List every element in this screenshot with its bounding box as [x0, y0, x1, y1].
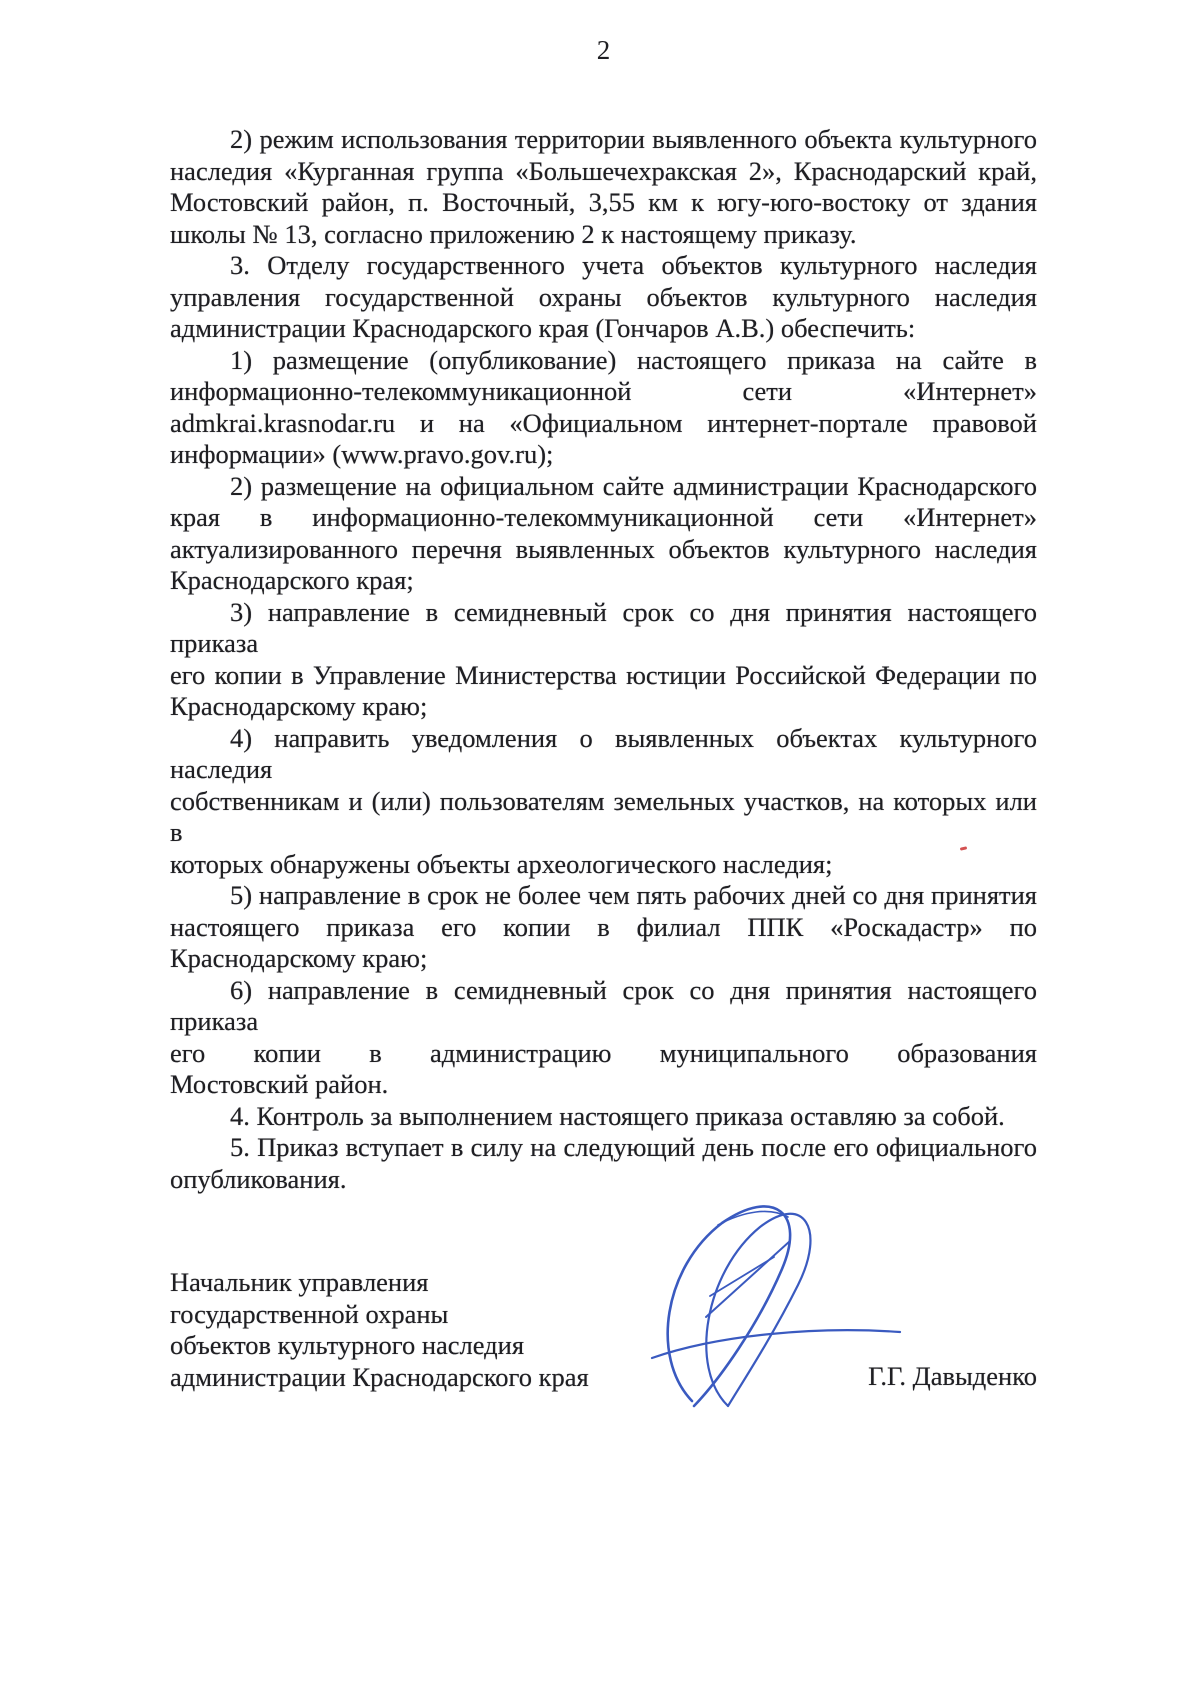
signatory-name: Г.Г. Давыденко — [868, 1361, 1037, 1393]
paragraph-line: информации» (www.pravo.gov.ru); — [170, 439, 1037, 471]
signature-block: Начальник управлениягосударственной охра… — [170, 1267, 1037, 1393]
document-body: 2) режим использования территории выявле… — [170, 124, 1037, 1195]
paragraph: 2) режим использования территории выявле… — [170, 124, 1037, 250]
paragraph: 6) направление в семидневный срок со дня… — [170, 975, 1037, 1101]
paragraph-line: школы № 13, согласно приложению 2 к наст… — [170, 219, 1037, 251]
paragraph-line: Краснодарскому краю; — [170, 943, 1037, 975]
signatory-position-line: объектов культурного наследия — [170, 1330, 1037, 1362]
document-page: 2 2) режим использования территории выяв… — [0, 0, 1200, 1697]
paragraph-line: 3) направление в семидневный срок со дня… — [170, 597, 1037, 660]
paragraph: 4. Контроль за выполнением настоящего пр… — [170, 1101, 1037, 1133]
paragraph-line: 4) направить уведомления о выявленных об… — [170, 723, 1037, 786]
paragraph-line: Мостовский район. — [170, 1069, 1037, 1101]
paragraph-line: Мостовский район, п. Восточный, 3,55 км … — [170, 187, 1037, 219]
paragraph-line: наследия «Курганная группа «Большечехрак… — [170, 156, 1037, 188]
paragraph: 2) размещение на официальном сайте админ… — [170, 471, 1037, 597]
signatory-position-line: Начальник управления — [170, 1267, 1037, 1299]
paragraph-line: собственникам и (или) пользователям земе… — [170, 786, 1037, 849]
paragraph: 5) направление в срок не более чем пять … — [170, 880, 1037, 975]
paragraph-line: настоящего приказа его копии в филиал ПП… — [170, 912, 1037, 944]
paragraph-line: 3. Отделу государственного учета объекто… — [170, 250, 1037, 282]
paragraph-line: информационно-телекоммуникационной сети … — [170, 376, 1037, 408]
paragraph: 3) направление в семидневный срок со дня… — [170, 597, 1037, 723]
paragraph-line: опубликования. — [170, 1164, 1037, 1196]
paragraph-line: его копии в Управление Министерства юсти… — [170, 660, 1037, 692]
paragraph: 4) направить уведомления о выявленных об… — [170, 723, 1037, 881]
paragraph-line: края в информационно-телекоммуникационно… — [170, 502, 1037, 534]
paragraph: 1) размещение (опубликование) настоящего… — [170, 345, 1037, 471]
paragraph-line: актуализированного перечня выявленных об… — [170, 534, 1037, 566]
paragraph-line: которых обнаружены объекты археологическ… — [170, 849, 1037, 881]
paragraph-line: его копии в администрацию муниципального… — [170, 1038, 1037, 1070]
paragraph: 5. Приказ вступает в силу на следующий д… — [170, 1132, 1037, 1195]
paragraph-line: администрации Краснодарского края (Гонча… — [170, 313, 1037, 345]
paragraph-line: admkrai.krasnodar.ru и на «Официальном и… — [170, 408, 1037, 440]
paragraph-line: 2) режим использования территории выявле… — [170, 124, 1037, 156]
paragraph-line: Краснодарского края; — [170, 565, 1037, 597]
paragraph-line: 2) размещение на официальном сайте админ… — [170, 471, 1037, 503]
paragraph-line: 5) направление в срок не более чем пять … — [170, 880, 1037, 912]
paragraph-line: 5. Приказ вступает в силу на следующий д… — [170, 1132, 1037, 1164]
paragraph: 3. Отделу государственного учета объекто… — [170, 250, 1037, 345]
paragraph-line: 1) размещение (опубликование) настоящего… — [170, 345, 1037, 377]
signatory-position-line: государственной охраны — [170, 1299, 1037, 1331]
page-number: 2 — [170, 0, 1037, 66]
paragraph-line: 6) направление в семидневный срок со дня… — [170, 975, 1037, 1038]
paragraph-line: Краснодарскому краю; — [170, 691, 1037, 723]
paragraph-line: управления государственной охраны объект… — [170, 282, 1037, 314]
paragraph-line: 4. Контроль за выполнением настоящего пр… — [170, 1101, 1037, 1133]
